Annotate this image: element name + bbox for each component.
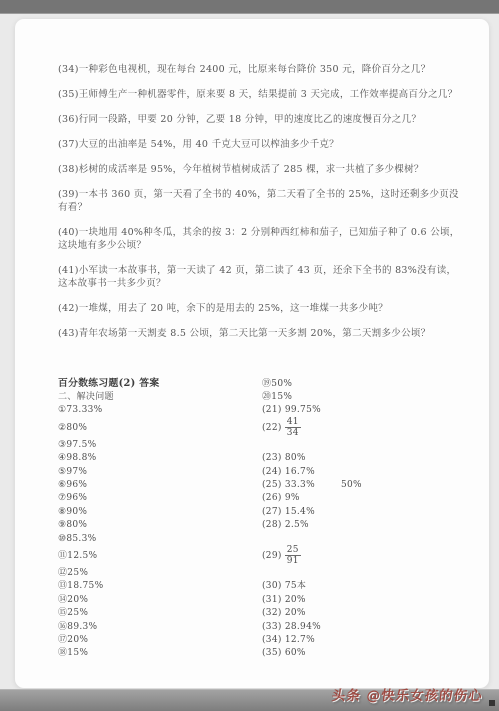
- problem-text: (37)大豆的出油率是 54%，用 40 千克大豆可以榨油多少千克？: [58, 138, 463, 151]
- answer-left-cell: ②80%: [58, 422, 262, 434]
- answer-row: ⑫25%: [58, 566, 469, 579]
- answer-row: ⑬18.75%(30) 75本: [58, 580, 469, 593]
- answer-left-cell: ⑮25%: [58, 607, 262, 619]
- answer-value: (30) 75本: [262, 580, 306, 592]
- answer-label: (29): [262, 550, 282, 562]
- answer-row: ⑮25%(32) 20%: [58, 606, 469, 619]
- answer-row: 百分数练习题(2) 答案⑲50%: [58, 377, 469, 390]
- problem-text: (36)行同一段路，甲要 20 分钟，乙要 18 分钟，甲的速度比乙的速度慢百分…: [58, 113, 463, 126]
- fraction-denominator: 91: [285, 556, 301, 566]
- problem-text: (34)一种彩色电视机，现在每台 2400 元，比原来每台降价 350 元，降价…: [58, 63, 463, 76]
- answer-left-cell: ⑦96%: [58, 492, 262, 504]
- answer-left-cell: ⑩85.3%: [58, 533, 262, 545]
- top-bar: [0, 0, 499, 14]
- answer-right-cell: (24) 16.7%: [262, 466, 315, 478]
- answer-left-cell: ⑭20%: [58, 594, 262, 606]
- problem-text: (42)一堆煤，用去了 20 吨，余下的是用去的 25%，这一堆煤一共多少吨？: [58, 302, 463, 315]
- answer-extra-value: 50%: [341, 479, 362, 491]
- answer-row: ⑯89.3%(33) 28.94%: [58, 620, 469, 633]
- answer-value: (27) 15.4%: [262, 506, 315, 518]
- answer-left-cell: ⑨80%: [58, 519, 262, 531]
- answer-left-cell: ④98.8%: [58, 452, 262, 464]
- answer-left-cell: ⑧90%: [58, 506, 262, 518]
- answer-value: (26) 9%: [262, 492, 300, 504]
- answer-row: 二、解决问题⑳15%: [58, 390, 469, 403]
- answer-left-cell: ⑫25%: [58, 567, 262, 579]
- answer-label: (22): [262, 422, 282, 434]
- answer-right-cell: (34) 12.7%: [262, 634, 315, 646]
- answer-row: ②80%(22) 4134: [58, 417, 469, 438]
- answer-row: ④98.8%(23) 80%: [58, 452, 469, 465]
- answer-right-cell: (31) 20%: [262, 594, 306, 606]
- answer-right-cell: (35) 60%: [262, 647, 306, 659]
- fraction: 4134: [285, 417, 301, 438]
- answer-value: (24) 16.7%: [262, 466, 315, 478]
- answer-row: ⑱15%(35) 60%: [58, 647, 469, 660]
- answer-right-cell: (23) 80%: [262, 452, 306, 464]
- answer-left-cell: ⑥96%: [58, 479, 262, 491]
- answer-value: (23) 80%: [262, 452, 306, 464]
- answer-right-cell: (32) 20%: [262, 607, 306, 619]
- answer-right-cell: (29) 2591: [262, 545, 301, 566]
- answer-row: ⑰20%(34) 12.7%: [58, 633, 469, 646]
- corner-dot: [489, 700, 495, 706]
- answer-left-cell: 二、解决问题: [58, 391, 262, 403]
- answer-right-cell: (27) 15.4%: [262, 506, 315, 518]
- answer-row: ⑦96%(26) 9%: [58, 492, 469, 505]
- answer-value: (31) 20%: [262, 594, 306, 606]
- answer-right-cell: (33) 28.94%: [262, 621, 321, 633]
- answer-left-cell: ⑯89.3%: [58, 621, 262, 633]
- answer-left-cell: ③97.5%: [58, 439, 262, 451]
- answer-value: (35) 60%: [262, 647, 306, 659]
- answer-value: (21) 99.75%: [262, 404, 321, 416]
- answers-section: 百分数练习题(2) 答案⑲50%二、解决问题⑳15%①73.33%(21) 99…: [58, 377, 469, 660]
- problem-text: (41)小军读一本故事书，第一天读了 42 页，第二读了 43 页，还余下全书的…: [58, 264, 463, 290]
- answer-row: ⑥96%(25) 33.3%50%: [58, 478, 469, 491]
- answers-title: 百分数练习题(2) 答案: [58, 378, 262, 390]
- answer-right-cell: (30) 75本: [262, 580, 306, 592]
- answer-value: ⑲50%: [262, 378, 292, 390]
- fraction-numerator: 25: [285, 545, 301, 556]
- screenshot-root: (34)一种彩色电视机，现在每台 2400 元，比原来每台降价 350 元，降价…: [0, 0, 499, 711]
- answer-right-cell: (21) 99.75%: [262, 404, 321, 416]
- answer-row: ③97.5%: [58, 438, 469, 451]
- problem-list: (34)一种彩色电视机，现在每台 2400 元，比原来每台降价 350 元，降价…: [58, 63, 463, 352]
- answer-value: ⑳15%: [262, 391, 292, 403]
- answer-left-cell: ⑪12.5%: [58, 550, 262, 562]
- answer-row: ⑪12.5%(29) 2591: [58, 545, 469, 566]
- answer-right-cell: ⑳15%: [262, 391, 292, 403]
- answer-right-cell: (28) 2.5%: [262, 519, 309, 531]
- answer-row: ⑤97%(24) 16.7%: [58, 465, 469, 478]
- problem-text: (35)王师傅生产一种机器零件，原来要 8 天，结果提前 3 天完成，工作效率提…: [58, 88, 463, 101]
- answer-row: ⑨80%(28) 2.5%: [58, 519, 469, 532]
- answer-left-cell: ⑤97%: [58, 466, 262, 478]
- problem-text: (40)一块地用 40%种冬瓜，其余的按 3：2 分别种西红柿和茄子，已知茄子种…: [58, 226, 463, 252]
- answer-left-cell: ⑱15%: [58, 647, 262, 659]
- answer-value: (25) 33.3%: [262, 479, 315, 491]
- answer-right-cell: (26) 9%: [262, 492, 300, 504]
- answer-left-cell: ⑬18.75%: [58, 580, 262, 592]
- worksheet-page: (34)一种彩色电视机，现在每台 2400 元，比原来每台降价 350 元，降价…: [15, 19, 489, 688]
- answer-row: ⑩85.3%: [58, 532, 469, 545]
- answer-value: (33) 28.94%: [262, 621, 321, 633]
- answer-right-cell: ⑲50%: [262, 378, 292, 390]
- fraction-numerator: 41: [285, 417, 301, 428]
- answer-row: ⑭20%(31) 20%: [58, 593, 469, 606]
- fraction-denominator: 34: [285, 428, 301, 438]
- answer-left-cell: ①73.33%: [58, 404, 262, 416]
- fraction: 2591: [285, 545, 301, 566]
- answer-left-cell: ⑰20%: [58, 634, 262, 646]
- watermark-author: 头条 @快乐女孩的伤心: [331, 684, 484, 704]
- answer-value: (28) 2.5%: [262, 519, 309, 531]
- answer-right-cell: (25) 33.3%50%: [262, 479, 362, 491]
- answer-value: (34) 12.7%: [262, 634, 315, 646]
- problem-text: (39)一本书 360 页，第一天看了全书的 40%，第二天看了全书的 25%，…: [58, 188, 463, 214]
- answer-right-cell: (22) 4134: [262, 417, 301, 438]
- answer-row: ⑧90%(27) 15.4%: [58, 505, 469, 518]
- answer-row: ①73.33%(21) 99.75%: [58, 404, 469, 417]
- answer-value: (32) 20%: [262, 607, 306, 619]
- problem-text: (38)杉树的成活率是 95%，今年植树节植树成活了 285 棵，求一共植了多少…: [58, 163, 463, 176]
- problem-text: (43)青年农场第一天割麦 8.5 公顷，第二天比第一天多割 20%，第二天割多…: [58, 327, 463, 340]
